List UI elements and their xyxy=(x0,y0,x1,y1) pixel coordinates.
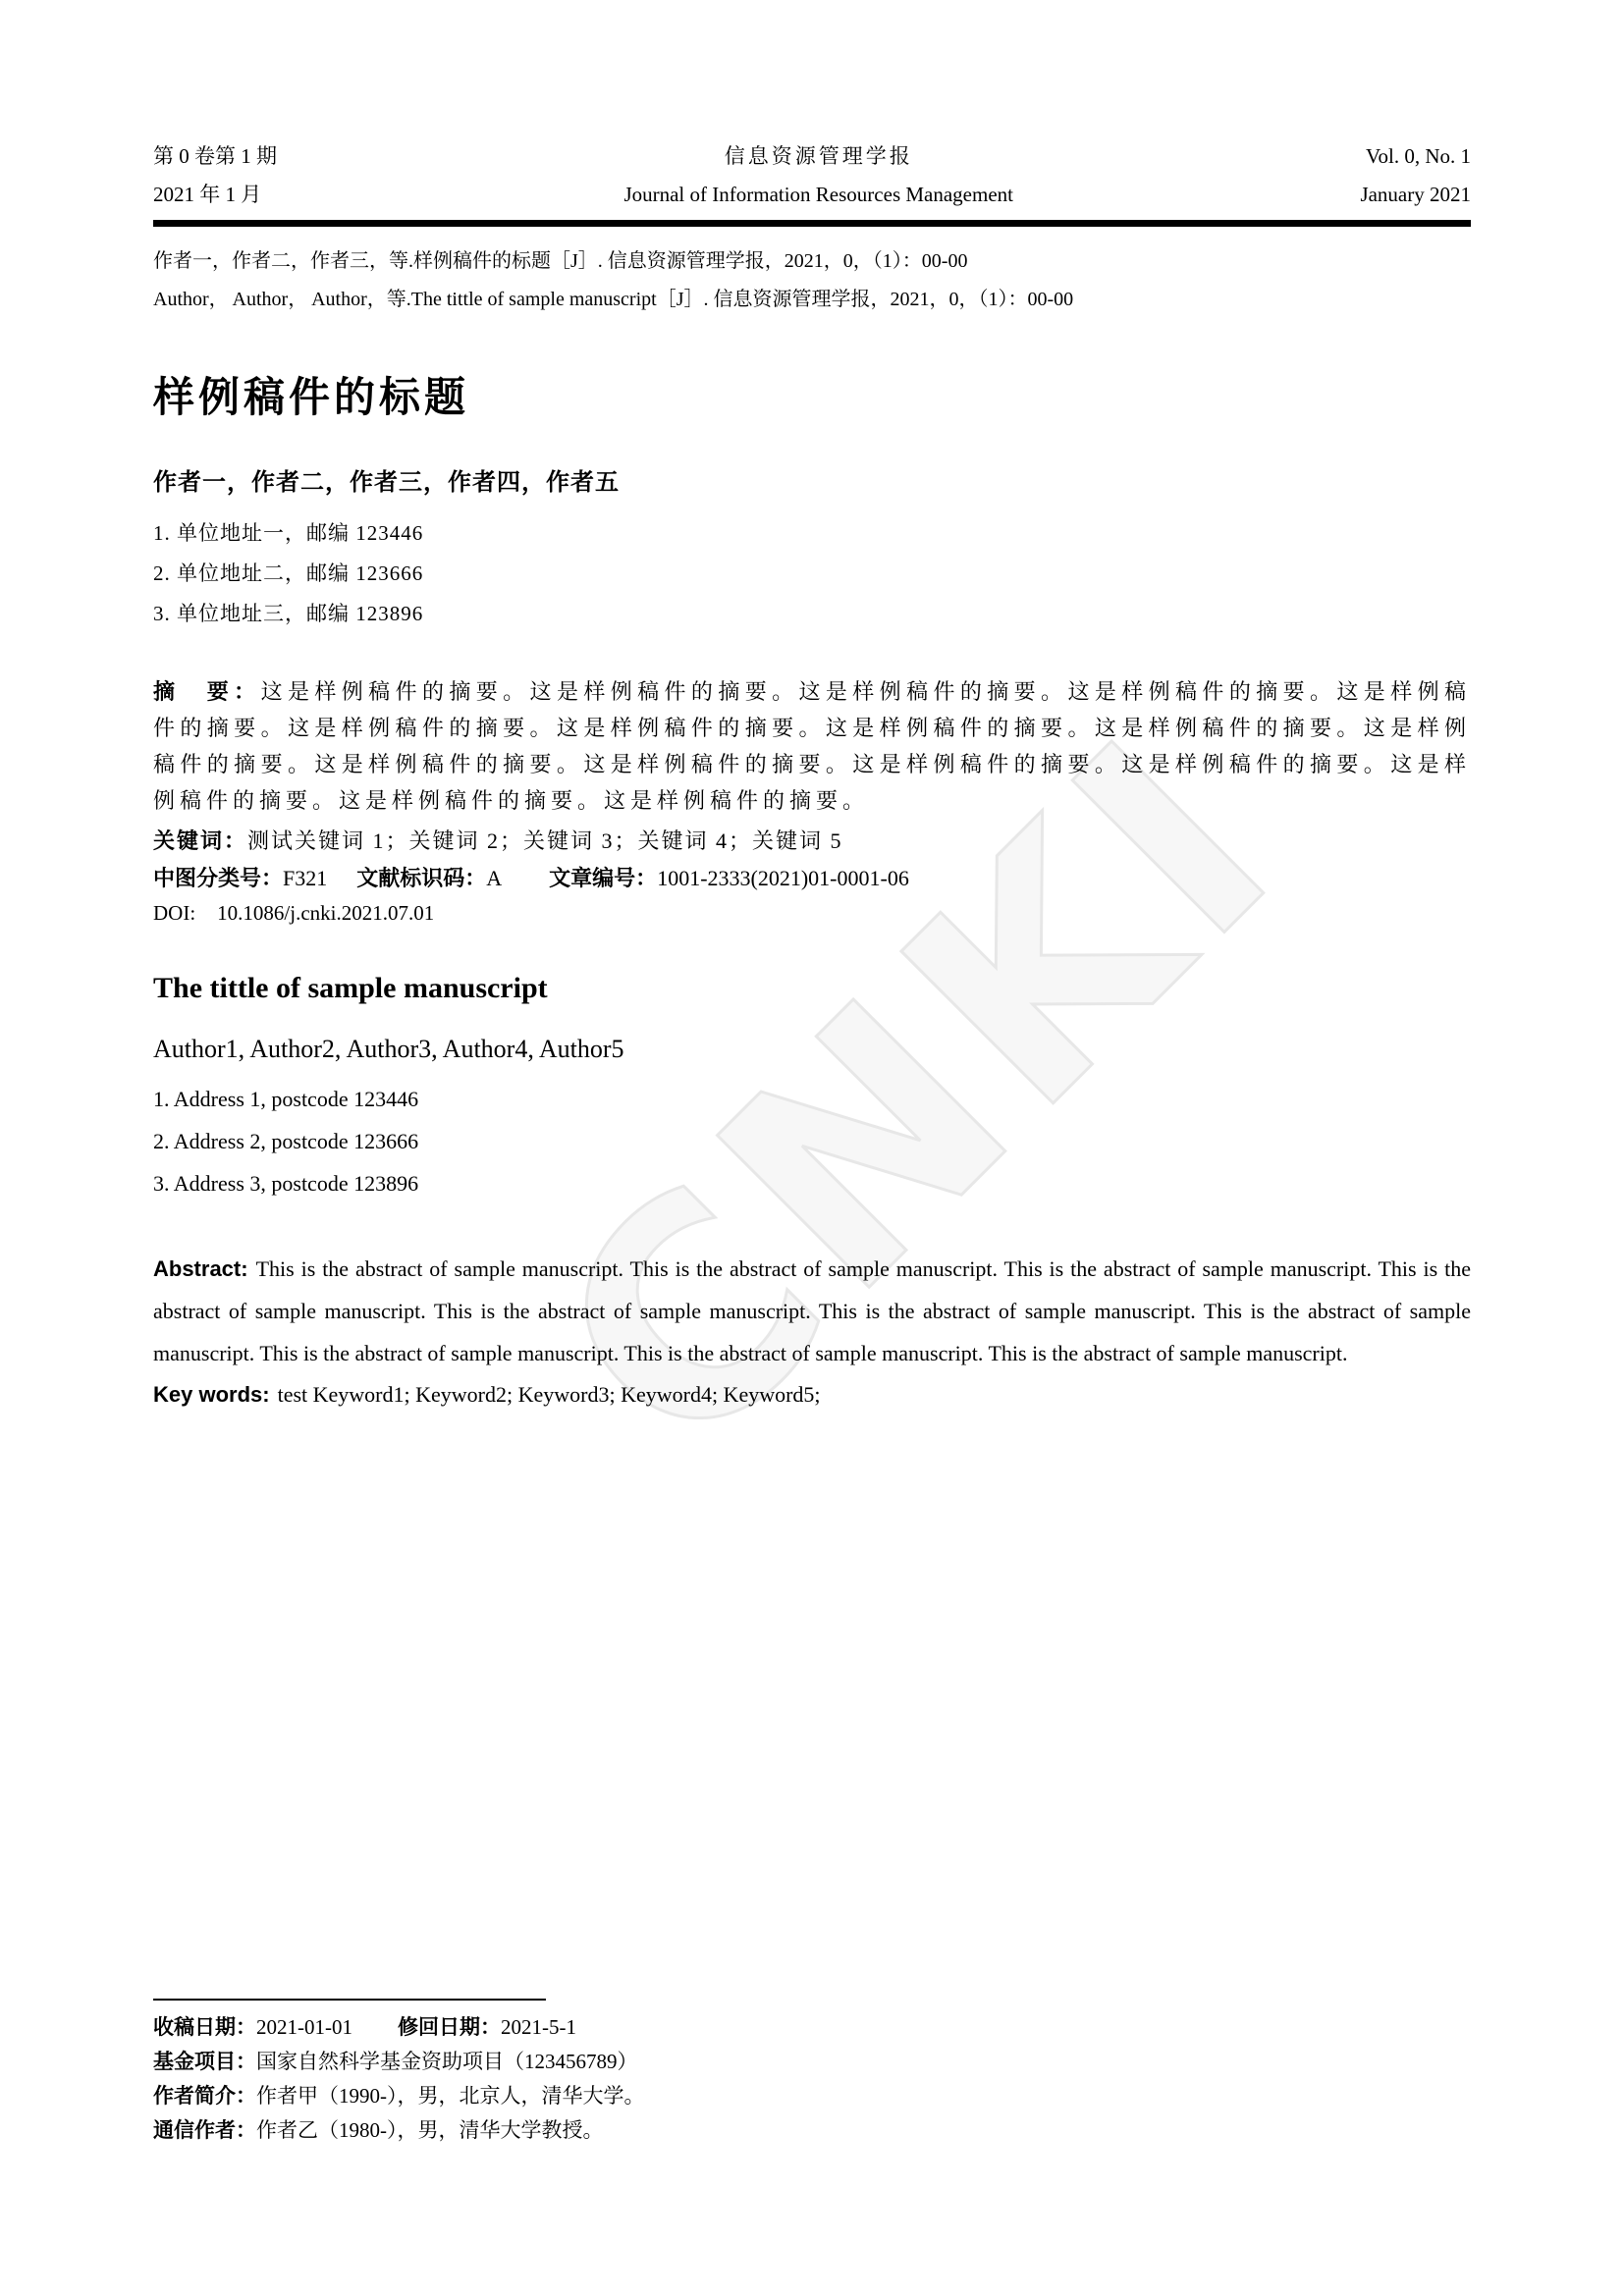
received-date: 2021-01-01 xyxy=(256,2015,352,2039)
doi-label: DOI: xyxy=(153,901,195,925)
keywords-cn: 关键词：测试关键词 1；关键词 2；关键词 3；关键词 4；关键词 5 xyxy=(153,823,1471,860)
abstract-text-en: This is the abstract of sample manuscrip… xyxy=(153,1256,1471,1365)
clc-value: F321 xyxy=(283,866,327,890)
abstract-text-cn: 这是样例稿件的摘要。这是样例稿件的摘要。这是样例稿件的摘要。这是样例稿件的摘要。… xyxy=(153,679,1471,813)
citation-cn: 作者一，作者二，作者三，等.样例稿件的标题［J］. 信息资源管理学报，2021，… xyxy=(153,242,1471,281)
issue-date-cn: 2021 年 1 月 xyxy=(153,176,277,214)
footnote-block: 收稿日期：2021-01-01修回日期：2021-5-1 基金项目：国家自然科学… xyxy=(153,1999,1471,2148)
header-center: 信息资源管理学报 Journal of Information Resource… xyxy=(623,137,1013,214)
fund-line: 基金项目：国家自然科学基金资助项目（123456789） xyxy=(153,2045,1471,2079)
journal-title-en: Journal of Information Resources Managem… xyxy=(623,176,1013,214)
page-content: 第 0 卷第 1 期 2021 年 1 月 信息资源管理学报 Journal o… xyxy=(153,0,1471,1415)
volume-issue-cn: 第 0 卷第 1 期 xyxy=(153,137,277,176)
received-label: 收稿日期： xyxy=(153,2016,256,2039)
doc-code-label: 文献标识码： xyxy=(356,866,486,890)
classification-line: 中图分类号：F321文献标识码：A文章编号：1001-2333(2021)01-… xyxy=(153,860,1471,896)
dates-line: 收稿日期：2021-01-01修回日期：2021-5-1 xyxy=(153,2010,1471,2045)
bio-label: 作者简介： xyxy=(153,2085,256,2108)
authors-en: Author1, Author2, Author3, Author4, Auth… xyxy=(153,1031,1471,1068)
revised-label: 修回日期： xyxy=(398,2016,501,2039)
journal-header: 第 0 卷第 1 期 2021 年 1 月 信息资源管理学报 Journal o… xyxy=(153,0,1471,214)
doi-line: DOI:10.1086/j.cnki.2021.07.01 xyxy=(153,896,1471,931)
affiliation-en-2: 2. Address 2, postcode 123666 xyxy=(153,1120,1471,1162)
corresponding-label: 通信作者： xyxy=(153,2119,256,2142)
abstract-cn: 摘 要：这是样例稿件的摘要。这是样例稿件的摘要。这是样例稿件的摘要。这是样例稿件… xyxy=(153,673,1471,819)
footnote-rule xyxy=(153,1999,546,2001)
manuscript-page: CNKI 第 0 卷第 1 期 2021 年 1 月 信息资源管理学报 Jour… xyxy=(0,0,1624,2296)
abstract-label-en: Abstract: xyxy=(153,1256,248,1281)
clc-label: 中图分类号： xyxy=(153,866,283,890)
keywords-text-en: test Keyword1; Keyword2; Keyword3; Keywo… xyxy=(278,1382,821,1407)
header-rule xyxy=(153,220,1471,227)
journal-title-cn: 信息资源管理学报 xyxy=(623,137,1013,176)
article-title-cn: 样例稿件的标题 xyxy=(153,370,1471,425)
article-id-value: 1001-2333(2021)01-0001-06 xyxy=(657,866,909,890)
affiliations-en: 1. Address 1, postcode 123446 2. Address… xyxy=(153,1078,1471,1204)
citation-block: 作者一，作者二，作者三，等.样例稿件的标题［J］. 信息资源管理学报，2021，… xyxy=(153,242,1471,319)
volume-issue-en: Vol. 0, No. 1 xyxy=(1360,137,1471,176)
issue-date-en: January 2021 xyxy=(1360,176,1471,214)
doi-value: 10.1086/j.cnki.2021.07.01 xyxy=(217,901,434,925)
doc-code-value: A xyxy=(486,866,502,890)
affiliation-en-3: 3. Address 3, postcode 123896 xyxy=(153,1162,1471,1204)
header-right: Vol. 0, No. 1 January 2021 xyxy=(1360,137,1471,214)
keywords-label-cn: 关键词： xyxy=(153,828,247,853)
bio-text: 作者甲（1990-），男，北京人，清华大学。 xyxy=(256,2084,645,2108)
affiliation-en-1: 1. Address 1, postcode 123446 xyxy=(153,1078,1471,1120)
authors-cn: 作者一，作者二，作者三，作者四，作者五 xyxy=(153,466,1471,500)
article-title-en: The tittle of sample manuscript xyxy=(153,968,1471,1009)
affiliation-cn-1: 1. 单位地址一，邮编 123446 xyxy=(153,513,1471,554)
keywords-text-cn: 测试关键词 1；关键词 2；关键词 3；关键词 4；关键词 5 xyxy=(247,828,843,853)
affiliations-cn: 1. 单位地址一，邮编 123446 2. 单位地址二，邮编 123666 3.… xyxy=(153,513,1471,634)
bio-line: 作者简介：作者甲（1990-），男，北京人，清华大学。 xyxy=(153,2079,1471,2113)
keywords-label-en: Key words: xyxy=(153,1382,270,1407)
revised-date: 2021-5-1 xyxy=(501,2015,576,2039)
fund-label: 基金项目： xyxy=(153,2051,256,2073)
article-id-label: 文章编号： xyxy=(549,866,657,890)
corresponding-line: 通信作者：作者乙（1980-），男，清华大学教授。 xyxy=(153,2113,1471,2148)
header-left: 第 0 卷第 1 期 2021 年 1 月 xyxy=(153,137,277,214)
affiliation-cn-2: 2. 单位地址二，邮编 123666 xyxy=(153,554,1471,594)
corresponding-text: 作者乙（1980-），男，清华大学教授。 xyxy=(256,2118,604,2142)
abstract-label-cn: 摘 要： xyxy=(153,679,261,704)
fund-text: 国家自然科学基金资助项目（123456789） xyxy=(256,2050,638,2073)
abstract-en: Abstract:This is the abstract of sample … xyxy=(153,1248,1471,1374)
affiliation-cn-3: 3. 单位地址三，邮编 123896 xyxy=(153,594,1471,634)
citation-en: Author， Author， Author，等.The tittle of s… xyxy=(153,281,1471,319)
keywords-en: Key words:test Keyword1; Keyword2; Keywo… xyxy=(153,1374,1471,1415)
